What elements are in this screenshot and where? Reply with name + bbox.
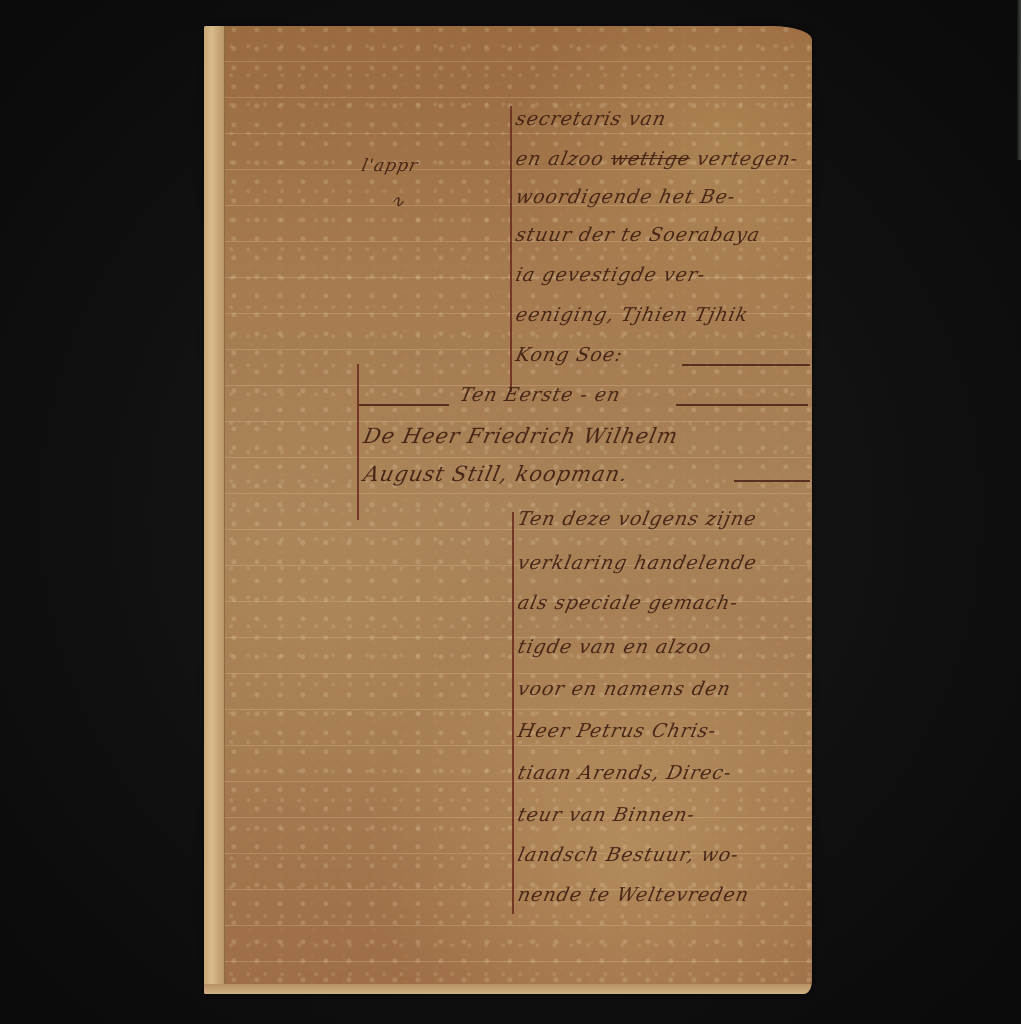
text-line: ia gevestigde ver- <box>514 264 708 286</box>
lower-block-rule <box>512 512 514 914</box>
line-filler <box>676 404 808 406</box>
backdrop-edge-highlight <box>1017 0 1021 160</box>
line-filler <box>359 404 449 406</box>
text-line: Heer Petrus Chris- <box>516 720 719 742</box>
text-line: secretaris van <box>514 108 669 130</box>
text-line: woordigende het Be- <box>514 186 738 208</box>
text-line: eeniging, Tjhien Tjhik <box>514 304 751 326</box>
page-bottom-edge <box>204 984 812 994</box>
margin-note-line-1: l'appr <box>360 156 420 176</box>
text-line: Ten deze volgens zijne <box>516 508 759 530</box>
text-line: tigde van en alzoo <box>516 636 714 658</box>
text-line: stuur der te Soerabaya <box>514 224 763 246</box>
text-line: tiaan Arends, Direc- <box>516 762 734 784</box>
text-line: verklaring handelende <box>516 552 759 574</box>
text-line: teur van Binnen- <box>516 804 698 826</box>
text-line: Ten Eerste - en <box>458 384 623 406</box>
text-line: landsch Bestuur, wo- <box>516 844 741 866</box>
text-line: voor en namens den <box>516 678 733 700</box>
text-line: Kong Soe: <box>514 344 625 366</box>
document-page: l'appr ∿ secretaris van en alzoo wettige… <box>204 26 812 994</box>
line-filler <box>734 480 810 482</box>
text-line: August Still, koopman. <box>361 462 630 486</box>
text-line: De Heer Friedrich Wilhelm <box>361 424 680 448</box>
text-line: en alzoo wettige vertegen- <box>514 148 801 170</box>
upper-block-rule <box>510 106 512 392</box>
middle-block-rule <box>357 364 359 520</box>
text-line: als speciale gemach- <box>516 592 740 614</box>
text-line: nende te Weltevreden <box>516 884 752 906</box>
struck-word: wettige <box>609 148 693 170</box>
page-binding-edge <box>204 26 225 994</box>
line-filler <box>682 364 810 366</box>
text-fragment: en alzoo <box>514 148 607 170</box>
text-fragment: vertegen- <box>695 148 801 170</box>
